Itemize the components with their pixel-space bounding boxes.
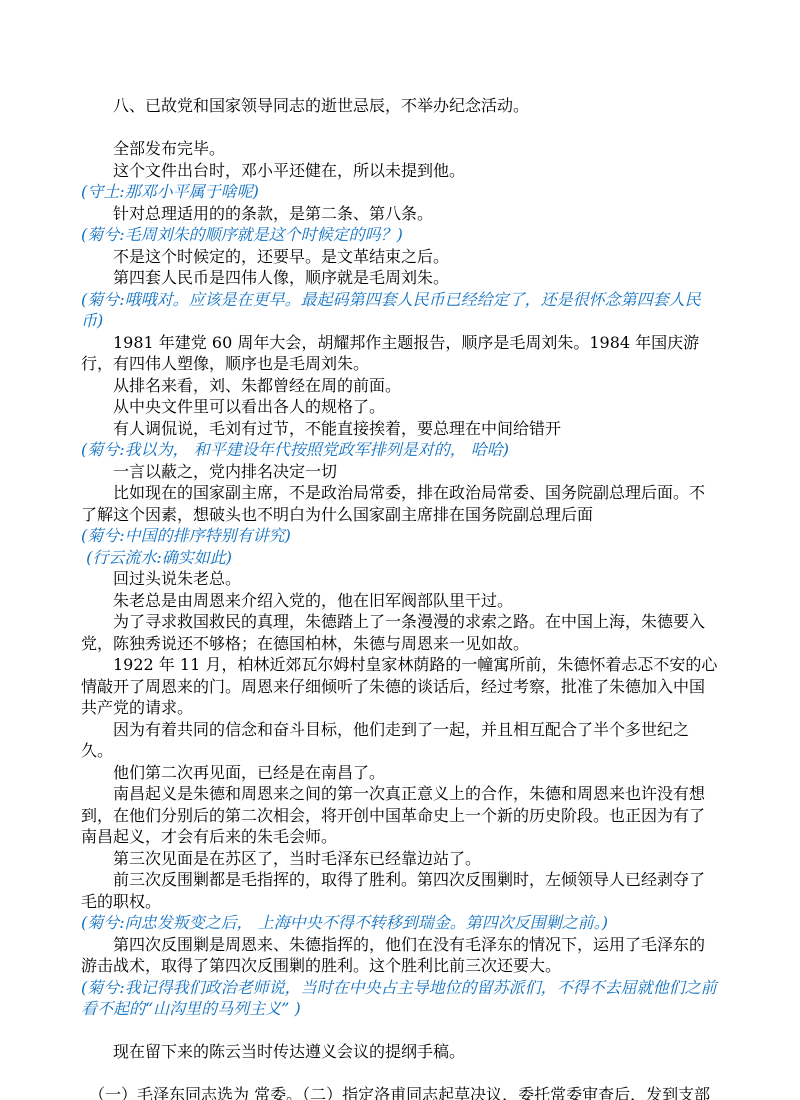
reader-comment-line: (菊兮:哦哦对。应该是在更早。最起码第四套人民币已经给定了，还是很怀念第四套人民… xyxy=(81,289,719,332)
paragraph-line: 第四次反围剿是周恩来、朱德指挥的，他们在没有毛泽东的情况下，运用了毛泽东的游击战… xyxy=(81,934,719,977)
paragraph-line: 南昌起义是朱德和周恩来之间的第一次真正意义上的合作，朱德和周恩来也许没有想到，在… xyxy=(81,783,719,848)
paragraph-line: 1981 年建党 60 周年大会，胡耀邦作主题报告，顺序是毛周刘朱。1984 年… xyxy=(81,332,719,375)
paragraph-line: 因为有着共同的信念和奋斗目标，他们走到了一起，并且相互配合了半个多世纪之久。 xyxy=(81,719,719,762)
blank-line xyxy=(81,1063,719,1085)
blank-line xyxy=(81,1020,719,1042)
paragraph-line: 朱老总是由周恩来介绍入党的，他在旧军阀部队里干过。 xyxy=(81,590,719,612)
paragraph-line: 一言以蔽之，党内排名决定一切 xyxy=(81,461,719,483)
paragraph-line: 回过头说朱老总。 xyxy=(81,568,719,590)
reader-comment-line: (行云流水:确实如此) xyxy=(81,547,719,569)
paragraph-line: 八、已故党和国家领导同志的逝世忌辰，不举办纪念活动。 xyxy=(81,95,719,117)
paragraph-line: 前三次反围剿都是毛指挥的，取得了胜利。第四次反围剿时，左倾领导人已经剥夺了毛的职… xyxy=(81,869,719,912)
paragraph-line: （一）毛泽东同志选为 常委。（二）指定洛甫同志起草决议，委托常委审查后，发到支部 xyxy=(81,1084,719,1100)
reader-comment-line: (菊兮:向忠发叛变之后， 上海中央不得不转移到瑞金。第四次反围剿之前。) xyxy=(81,912,719,934)
paragraph-line: 比如现在的国家副主席，不是政治局常委，排在政治局常委、国务院副总理后面。不了解这… xyxy=(81,482,719,525)
paragraph-line: 这个文件出台时，邓小平还健在，所以未提到他。 xyxy=(81,160,719,182)
paragraph-line: 有人调侃说，毛刘有过节，不能直接挨着，要总理在中间给错开 xyxy=(81,418,719,440)
paragraph-line: 他们第二次再见面，已经是在南昌了。 xyxy=(81,762,719,784)
paragraph-line: 不是这个时候定的，还要早。是文革结束之后。 xyxy=(81,246,719,268)
paragraph-line: 为了寻求救国救民的真理，朱德踏上了一条漫漫的求索之路。在中国上海，朱德要入党，陈… xyxy=(81,611,719,654)
document-page: 八、已故党和国家领导同志的逝世忌辰，不举办纪念活动。 全部发布完毕。 这个文件出… xyxy=(0,0,800,1100)
reader-comment-line: (守土:那邓小平属于啥呢) xyxy=(81,181,719,203)
paragraph-line: 全部发布完毕。 xyxy=(81,138,719,160)
paragraph-line: 从中央文件里可以看出各人的规格了。 xyxy=(81,396,719,418)
reader-comment-line: (菊兮:毛周刘朱的顺序就是这个时候定的吗？) xyxy=(81,224,719,246)
document-body: 八、已故党和国家领导同志的逝世忌辰，不举办纪念活动。 全部发布完毕。 这个文件出… xyxy=(81,95,719,1100)
paragraph-line: 针对总理适用的的条款，是第二条、第八条。 xyxy=(81,203,719,225)
paragraph-line: 从排名来看，刘、朱都曾经在周的前面。 xyxy=(81,375,719,397)
paragraph-line: 第三次见面是在苏区了，当时毛泽东已经靠边站了。 xyxy=(81,848,719,870)
paragraph-line: 现在留下来的陈云当时传达遵义会议的提纲手稿。 xyxy=(81,1041,719,1063)
reader-comment-line: (菊兮:中国的排序特别有讲究) xyxy=(81,525,719,547)
paragraph-line: 第四套人民币是四伟人像，顺序就是毛周刘朱。 xyxy=(81,267,719,289)
reader-comment-line: (菊兮:我记得我们政治老师说，当时在中央占主导地位的留苏派们，不得不去屈就他们之… xyxy=(81,977,719,1020)
reader-comment-line: (菊兮:我以为， 和平建设年代按照党政军排列是对的， 哈哈) xyxy=(81,439,719,461)
paragraph-line: 1922 年 11 月，柏林近郊瓦尔姆村皇家林荫路的一幢寓所前，朱德怀着忐忑不安… xyxy=(81,654,719,719)
blank-line xyxy=(81,117,719,139)
